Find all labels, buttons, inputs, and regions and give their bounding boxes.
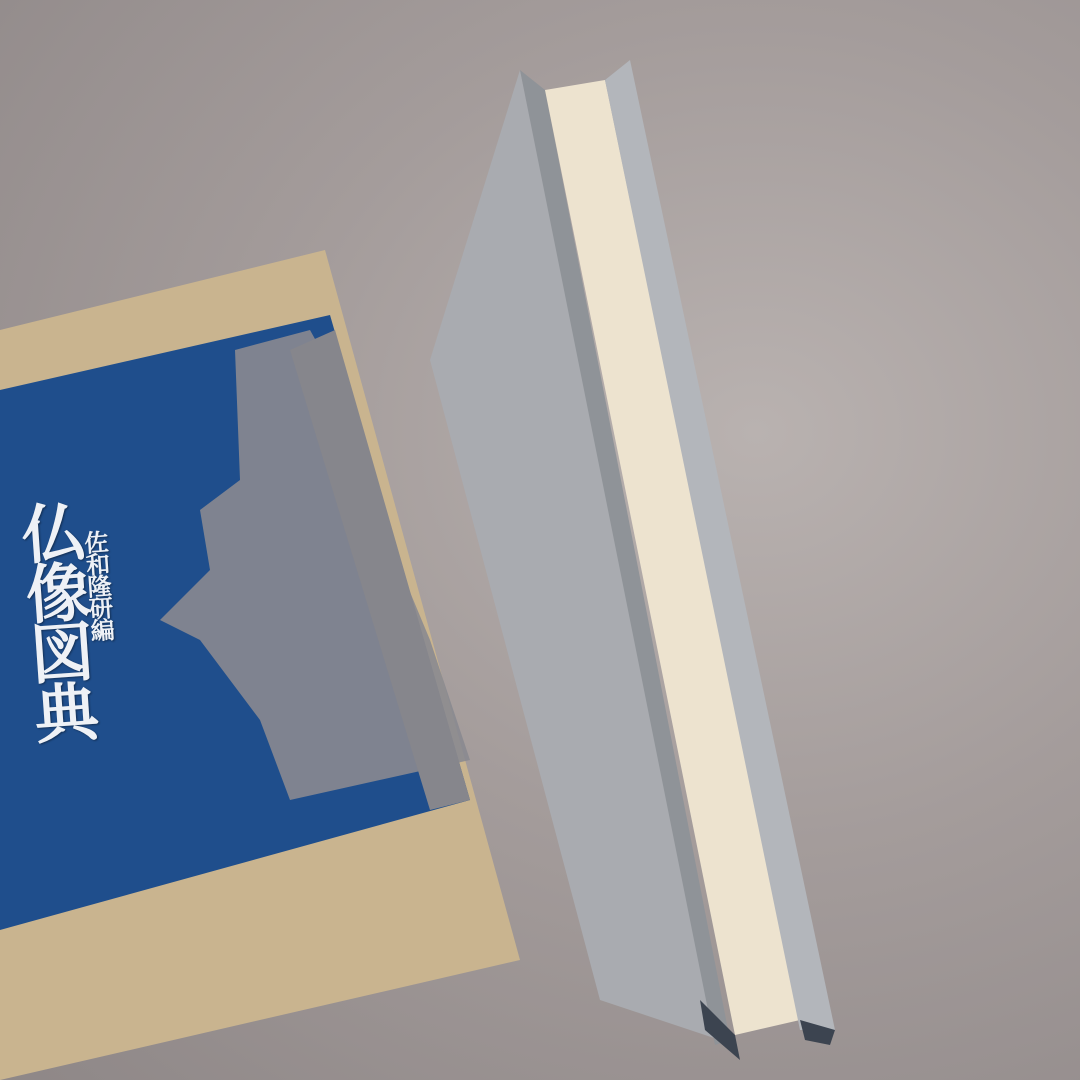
scene-photo	[0, 0, 1080, 1080]
